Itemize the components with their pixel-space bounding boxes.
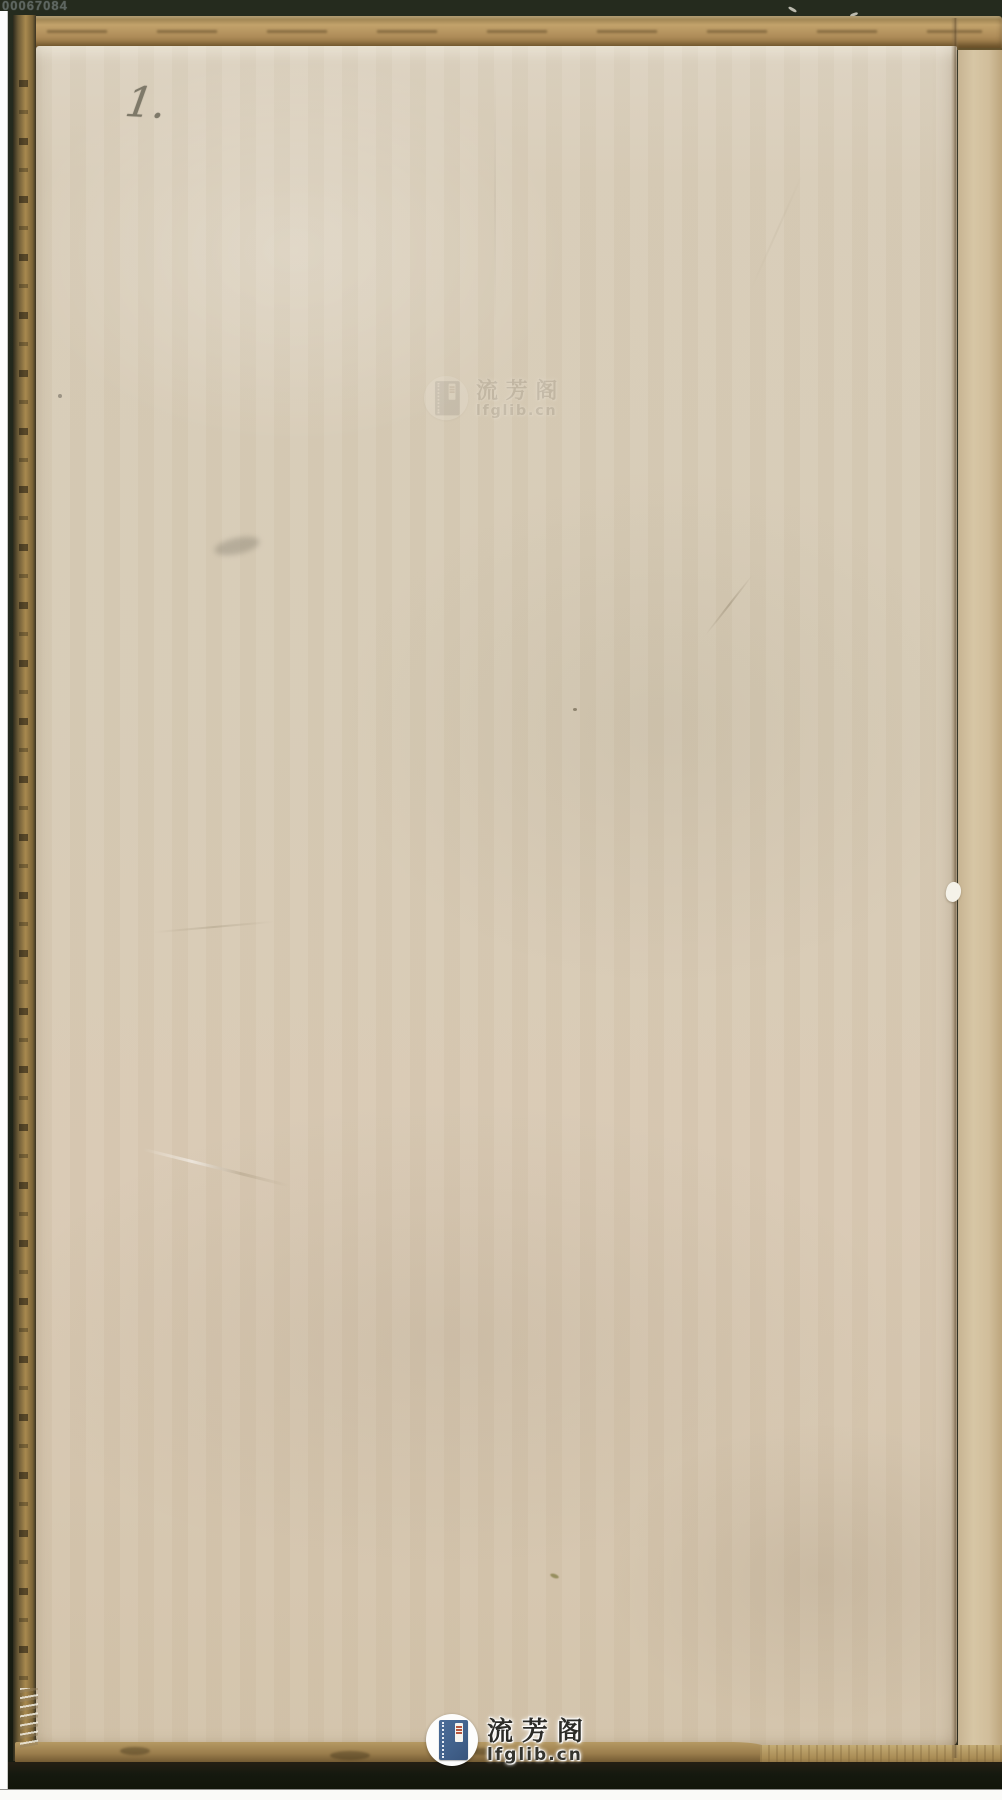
- watermark-upper-faint: 流芳阁 lfglib.cn: [424, 376, 565, 420]
- thread-bound-book-icon: [439, 1720, 468, 1760]
- book-scan-page: 00067084 1. 流芳阁 lfglib.cn: [0, 0, 1002, 1800]
- smudge-mark: [213, 533, 261, 558]
- watermark-site-name: 流芳阁: [476, 379, 565, 401]
- watermark-site-name: 流芳阁: [487, 1718, 592, 1744]
- book-title-label: [455, 1723, 463, 1742]
- crease-mark: [143, 1148, 289, 1187]
- watermark-site-url: lfglib.cn: [476, 404, 565, 418]
- page-edge-stack: [20, 1688, 38, 1748]
- book-logo-icon: [426, 1714, 478, 1766]
- page-number-annotation: 1.: [122, 77, 170, 128]
- blank-page-paper: [36, 46, 957, 1746]
- stitch-dots: [438, 383, 440, 414]
- scan-id-number: 00067084: [2, 0, 68, 13]
- scratch-mark: [704, 574, 754, 637]
- crease-mark: [154, 921, 274, 933]
- thread-bound-book-icon: [435, 381, 460, 415]
- right-page-block-edge: [958, 42, 1002, 1754]
- crease-mark: [750, 171, 805, 291]
- bottom-white-strip: [0, 1789, 1002, 1800]
- watermark-bottom: 流芳阁 lfglib.cn: [426, 1714, 592, 1766]
- torn-edge-mark: [330, 1751, 370, 1760]
- speck: [550, 1573, 560, 1580]
- bottom-shadow-band: [0, 1762, 1002, 1790]
- dust-speck: [788, 6, 797, 13]
- book-title-label: [449, 384, 456, 400]
- watermark-site-url: lfglib.cn: [487, 1747, 592, 1764]
- stitch-dots: [442, 1722, 444, 1758]
- left-white-strip: [0, 11, 8, 1789]
- speck: [573, 708, 577, 711]
- book-logo-icon: [424, 376, 468, 420]
- speck: [58, 394, 62, 398]
- crease-mark: [494, 66, 496, 326]
- torn-edge-mark: [120, 1747, 150, 1755]
- spine-stitch-marks: [19, 80, 28, 1680]
- book-cover-top-edge: [17, 16, 1002, 50]
